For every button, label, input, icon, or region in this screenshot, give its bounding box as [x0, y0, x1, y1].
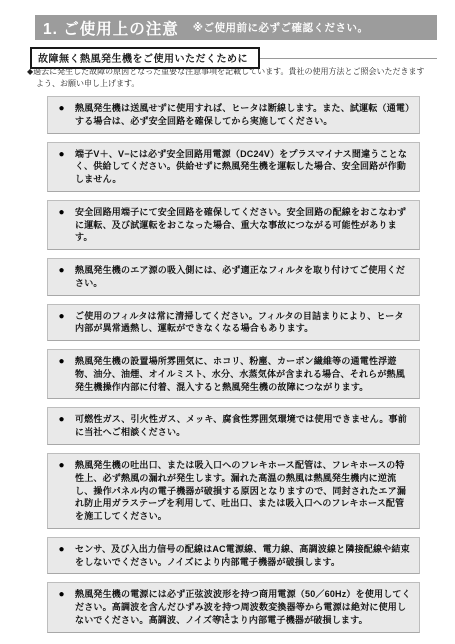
notice-box: ● 熱風発生機の設置場所雰囲気に、ホコリ、粉塵、カーボン繊維等の通電性浮遊物、油… — [47, 349, 420, 399]
bullet-icon: ● — [48, 459, 75, 472]
notice-box: ● センサ、及び入出力信号の配線はAC電源線、電力線、高調波線と隣接配線や結束を… — [47, 537, 420, 575]
notice-box: ● 端子V＋、V−には必ず安全回路用電源（DC24V）をプラスマイナス間違うこと… — [47, 142, 420, 192]
notice-text: ご使用のフィルタは常に清掃してください。フィルタの目詰まりにより、ヒータ内部が異… — [75, 310, 411, 336]
notice-box: ● 熱風発生機の吐出口、または吸入口へのフレキホース配管は、フレキホースの特性上… — [47, 453, 420, 529]
bullet-icon: ● — [48, 102, 75, 115]
notice-box: ● ご使用のフィルタは常に清掃してください。フィルタの目詰まりにより、ヒータ内部… — [47, 304, 420, 342]
intro-text: ◆過去に発生した故障の原因となった重要な注意事項を記載しています。貴社の使用方法… — [27, 66, 431, 89]
notice-box: ● 熱風発生機のエア源の吸入側には、必ず適正なフィルタを取り付けてご使用ください… — [47, 258, 420, 296]
bullet-icon: ● — [48, 588, 75, 601]
page-title: 1. ご使用上の注意 — [35, 17, 179, 39]
notice-text: 可燃性ガス、引火性ガス、メッキ、腐食性雰囲気環境では使用できません。事前に当社へ… — [75, 413, 411, 439]
notice-text: 熱風発生機の設置場所雰囲気に、ホコリ、粉塵、カーボン繊維等の通電性浮遊物、油分、… — [75, 355, 411, 393]
bullet-icon: ● — [48, 310, 75, 323]
notice-text: 熱風発生機は送風せずに使用すれば、ヒータは断線します。また、試運転（通電）する場… — [75, 102, 411, 128]
notice-box: ● 可燃性ガス、引火性ガス、メッキ、腐食性雰囲気環境では使用できません。事前に当… — [47, 407, 420, 445]
bullet-icon: ● — [48, 264, 75, 277]
notice-list: ● 熱風発生機は送風せずに使用すれば、ヒータは断線します。また、試運転（通電）す… — [47, 96, 420, 633]
notice-box: ● 安全回路用端子にて安全回路を確保してください。安全回路の配線をおこなわずに運… — [47, 200, 420, 250]
notice-text: センサ、及び入出力信号の配線はAC電源線、電力線、高調波線と隣接配線や結束をしな… — [75, 543, 411, 569]
bullet-icon: ● — [48, 543, 75, 556]
section-header-bar: 1. ご使用上の注意 ※ご使用前に必ずご確認ください。 — [35, 15, 437, 40]
bullet-icon: ● — [48, 355, 75, 368]
notice-box: ● 熱風発生機の電源には必ず正弦波波形を持つ商用電源（50／60Hz）を使用して… — [47, 582, 420, 632]
notice-box: ● 熱風発生機は送風せずに使用すれば、ヒータは断線します。また、試運転（通電）す… — [47, 96, 420, 134]
notice-text: 熱風発生機のエア源の吸入側には、必ず適正なフィルタを取り付けてご使用ください。 — [75, 264, 411, 290]
bullet-icon: ● — [48, 148, 75, 161]
notice-text: 熱風発生機の吐出口、または吸入口へのフレキホース配管は、フレキホースの特性上、必… — [75, 459, 411, 523]
notice-text: 安全回路用端子にて安全回路を確保してください。安全回路の配線をおこなわずに運転、… — [75, 206, 411, 244]
bullet-icon: ● — [48, 206, 75, 219]
bullet-icon: ● — [48, 413, 75, 426]
header-note: ※ご使用前に必ずご確認ください。 — [179, 20, 369, 35]
page-number: −1− — [0, 612, 455, 622]
manual-page: 1. ご使用上の注意 ※ご使用前に必ずご確認ください。 故障無く熱風発生機をご使… — [0, 0, 455, 644]
notice-text: 端子V＋、V−には必ず安全回路用電源（DC24V）をプラスマイナス間違うことなく… — [75, 148, 411, 186]
section-rule-line — [260, 58, 437, 59]
